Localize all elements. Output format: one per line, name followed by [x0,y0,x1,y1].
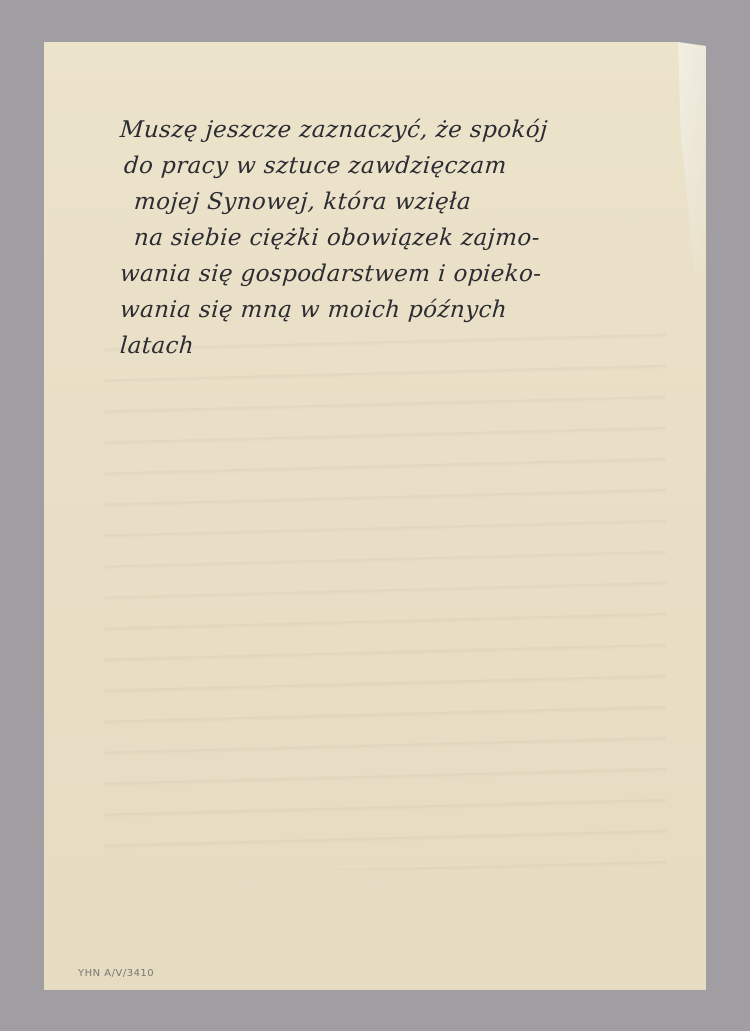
handwritten-line: na siebie ciężki obowiązek zajmo- [133,220,682,256]
bleed-through-text [104,322,666,870]
handwritten-line: mojej Synowej, która wzięła [133,184,682,220]
archive-mark: YHN A/V/3410 [78,968,154,979]
handwritten-line: wania się gospodarstwem i opieko- [119,256,682,292]
handwritten-text: Muszę jeszcze zaznaczyć, że spokój do pr… [120,112,680,364]
handwritten-line: do pracy w sztuce zawdzięczam [123,148,682,184]
folded-corner [678,42,706,272]
handwritten-line: wania się mną w moich późnych [119,292,682,328]
document-page: Muszę jeszcze zaznaczyć, że spokój do pr… [44,42,706,990]
handwritten-line: latach [119,328,682,364]
handwritten-line: Muszę jeszcze zaznaczyć, że spokój [119,112,682,148]
